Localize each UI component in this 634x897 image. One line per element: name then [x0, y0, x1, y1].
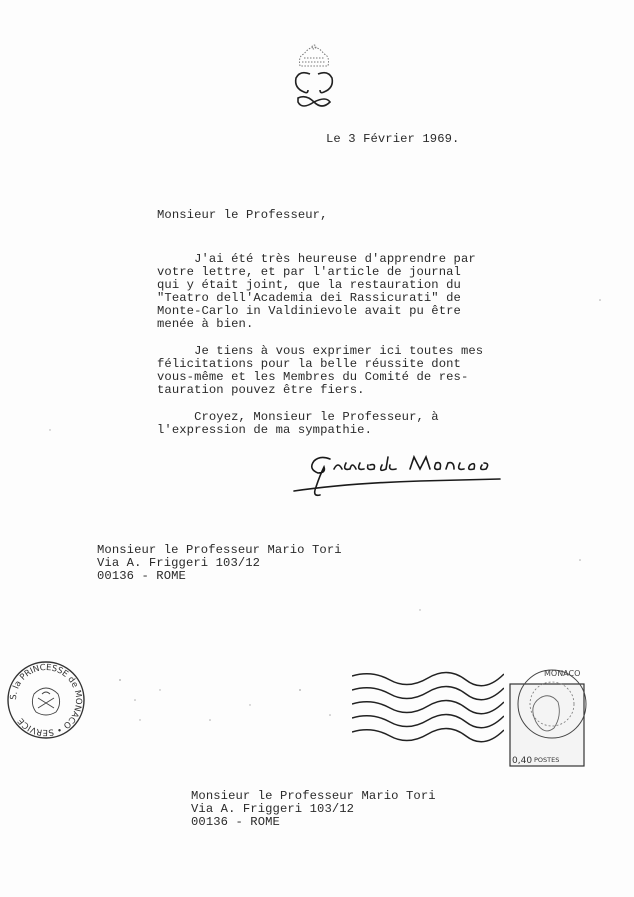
- signature: [290, 447, 530, 507]
- svg-text:MONACO: MONACO: [544, 669, 580, 678]
- address-line-3: 00136 - ROME: [97, 570, 186, 583]
- closing-paragraph: Croyez, Monsieur le Professeur, à l'expr…: [157, 411, 439, 437]
- body-paragraph-1: J'ai été très heureuse d'apprendre par v…: [157, 253, 476, 331]
- princess-seal-stamp-icon: S. la PRINCESSE de MONACO • SERVICE: [6, 660, 86, 740]
- svg-text:S. la PRINCESSE de MONACO • SE: S. la PRINCESSE de MONACO • SERVICE: [9, 663, 83, 737]
- svg-text:POSTES: POSTES: [534, 756, 559, 764]
- envelope-address-line-3: 00136 - ROME: [191, 816, 280, 829]
- crowned-monogram-icon: [292, 44, 336, 112]
- svg-text:0,40: 0,40: [512, 756, 532, 766]
- wavy-cancellation-icon: [352, 668, 504, 748]
- letter-page: Le 3 Février 1969. Monsieur le Professeu…: [0, 0, 634, 897]
- letter-date: Le 3 Février 1969.: [326, 133, 459, 146]
- salutation: Monsieur le Professeur,: [157, 209, 328, 222]
- postage-stamp-icon: MONACO 0,40 POSTES: [506, 662, 592, 772]
- body-paragraph-2: Je tiens à vous exprimer ici toutes mes …: [157, 345, 483, 397]
